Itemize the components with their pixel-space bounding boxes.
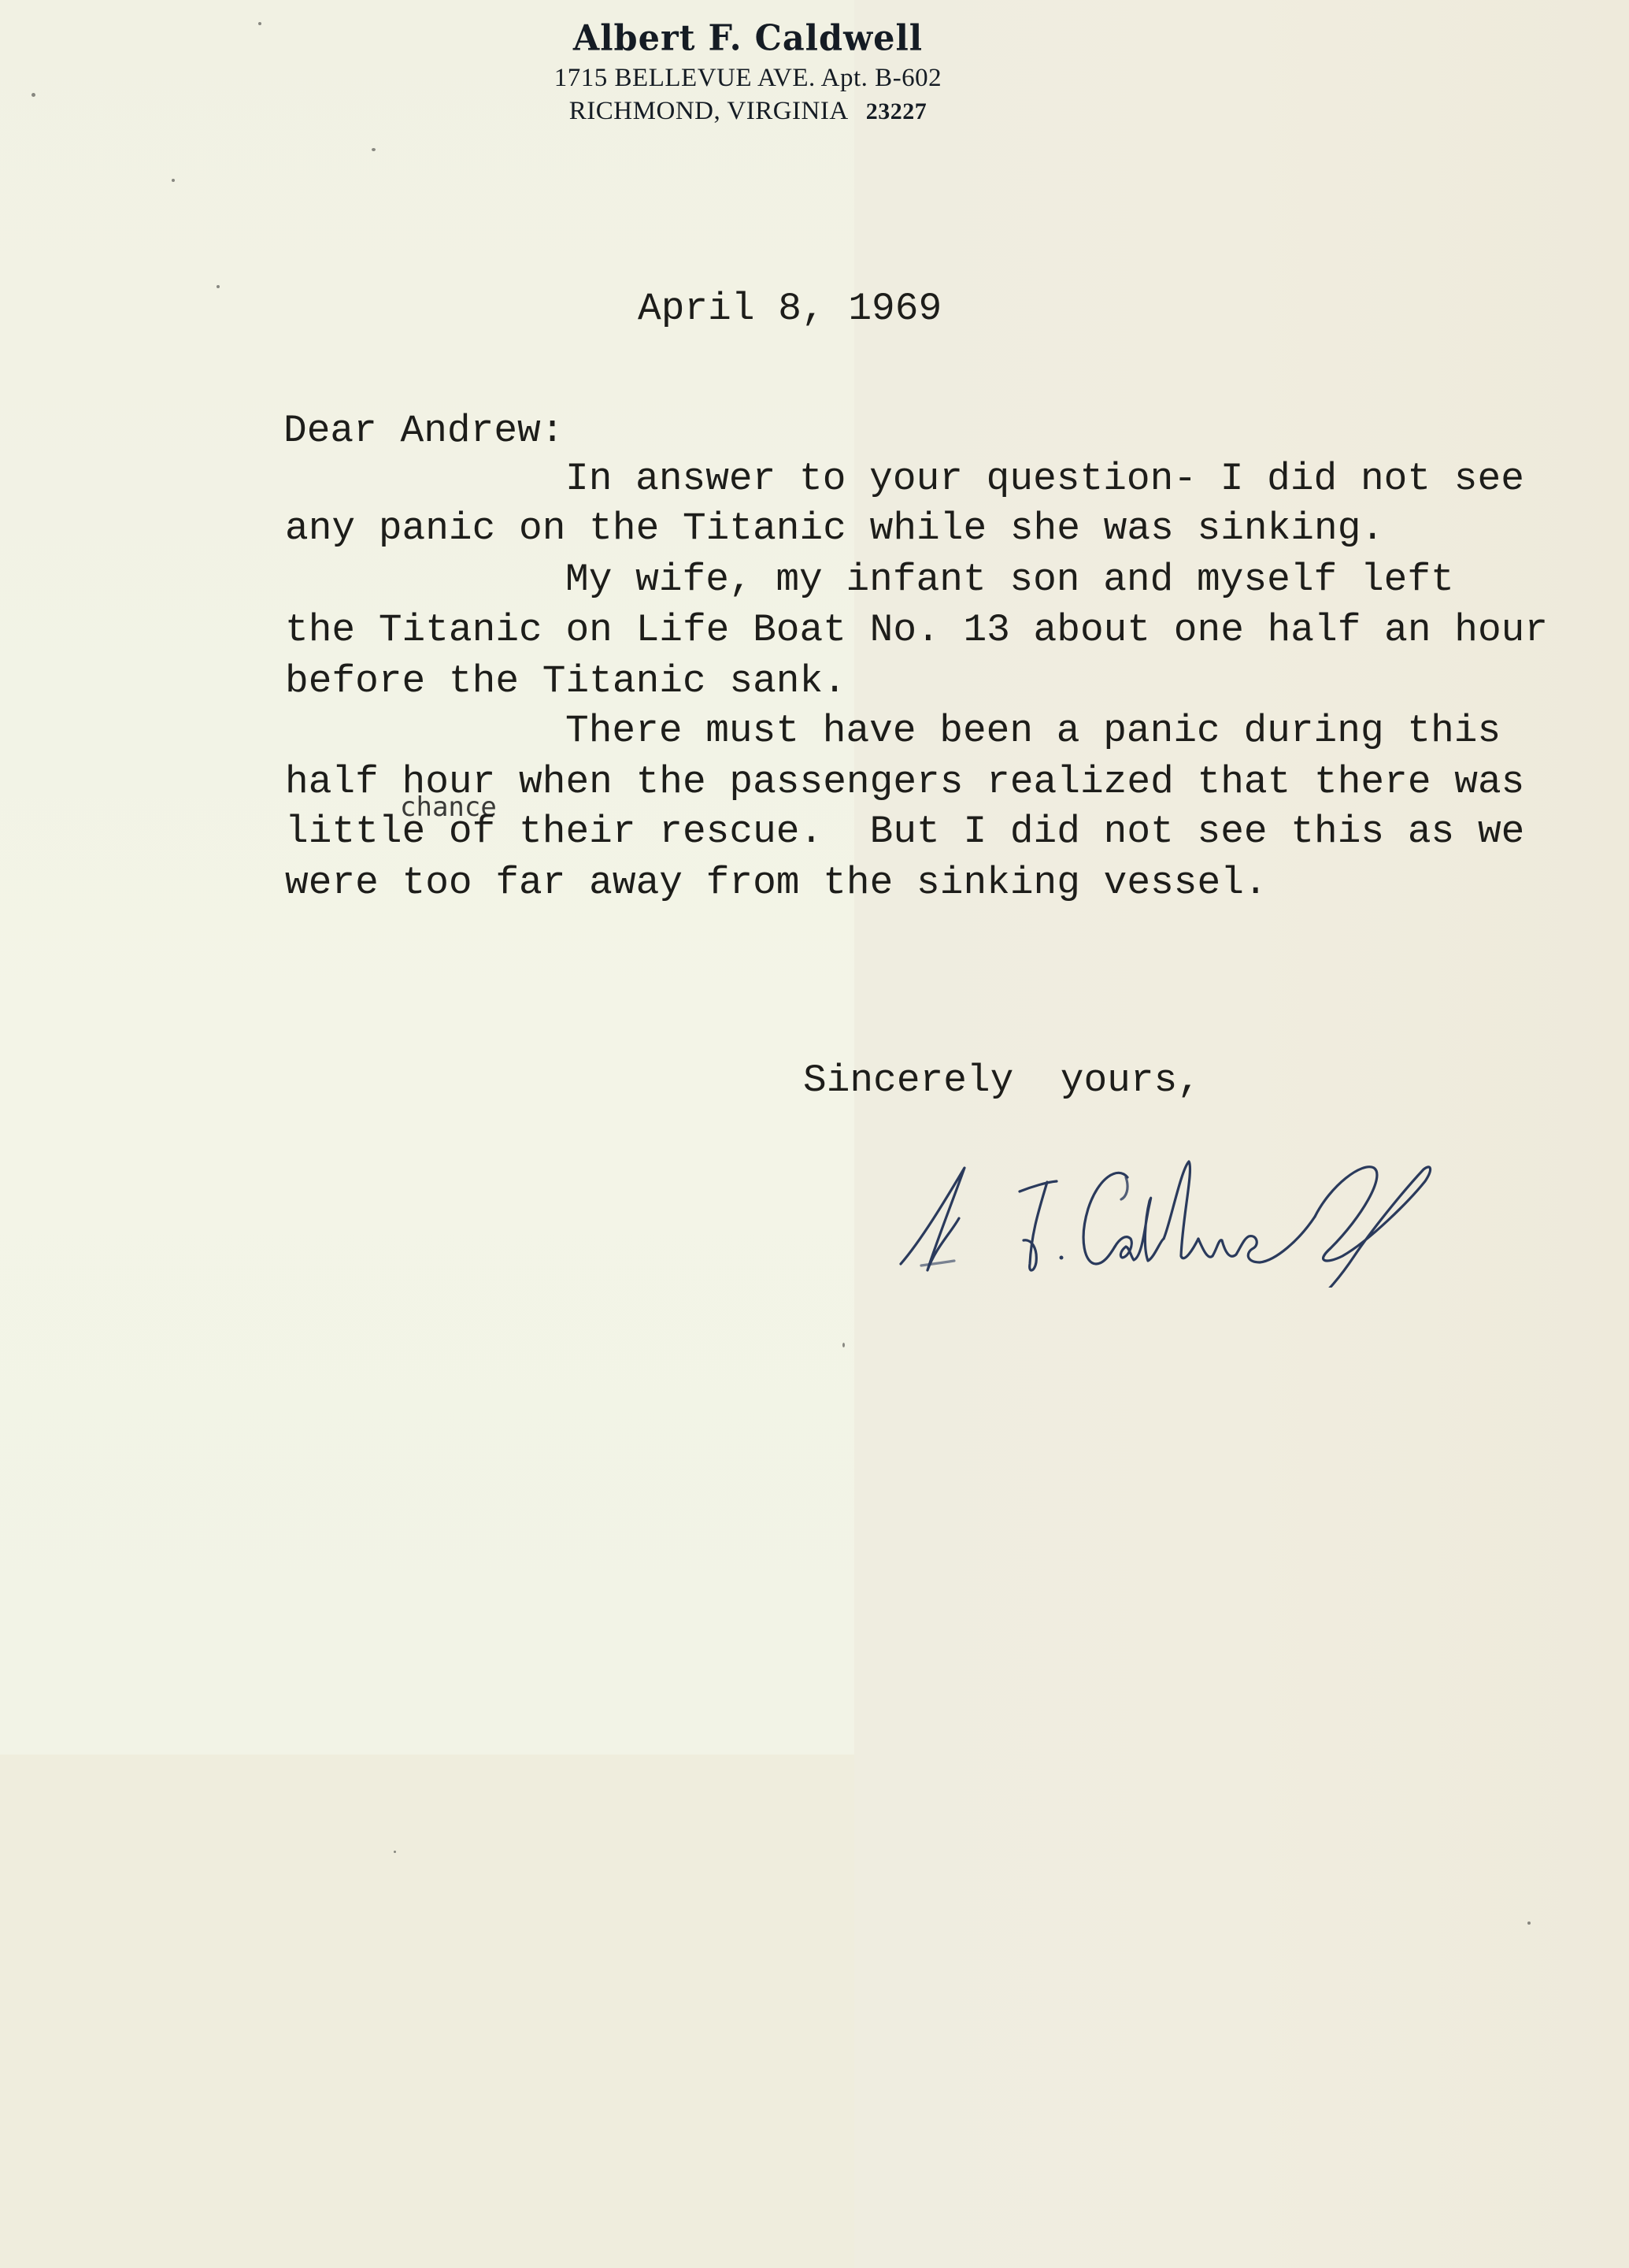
body-line-4: the Titanic on Life Boat No. 13 about on… xyxy=(285,611,1548,650)
paper-speck xyxy=(172,179,175,182)
handwritten-signature-icon xyxy=(890,1146,1457,1288)
body-line-5: before the Titanic sank. xyxy=(285,662,846,702)
body-line-1: In answer to your question- I did not se… xyxy=(565,460,1524,499)
body-line-6: There must have been a panic during this xyxy=(565,712,1501,751)
letterhead-name: Albert F. Caldwell xyxy=(472,15,1024,63)
paper-speck xyxy=(1527,1921,1531,1925)
closing: Sincerely yours, xyxy=(803,1062,1201,1101)
letter-date: April 8, 1969 xyxy=(638,290,942,329)
letterhead-city-line: RICHMOND, VIRGINIA23227 xyxy=(472,94,1024,128)
letterhead: Albert F. Caldwell 1715 BELLEVUE AVE. Ap… xyxy=(472,16,1024,128)
body-line-2: any panic on the Titanic while she was s… xyxy=(285,510,1384,549)
paper-speck xyxy=(842,1343,845,1347)
letterhead-zip: 23227 xyxy=(866,98,927,124)
paper-speck xyxy=(217,285,220,288)
salutation: Dear Andrew: xyxy=(283,412,564,451)
letterhead-city-state: RICHMOND, VIRGINIA xyxy=(569,97,849,125)
body-line-9: were too far away from the sinking vesse… xyxy=(285,864,1268,903)
body-line-8: little of their rescue. But I did not se… xyxy=(285,813,1524,852)
paper-warm-region xyxy=(854,0,1629,2268)
body-line-3: My wife, my infant son and myself left xyxy=(565,561,1454,600)
paper-speck xyxy=(394,1851,396,1853)
letterhead-address: 1715 BELLEVUE AVE. Apt. B-602 xyxy=(472,61,1024,94)
paper-speck xyxy=(31,93,35,97)
paper-speck xyxy=(258,22,261,25)
paper-speck xyxy=(372,148,376,151)
paper-bottom-region xyxy=(0,1755,854,2268)
